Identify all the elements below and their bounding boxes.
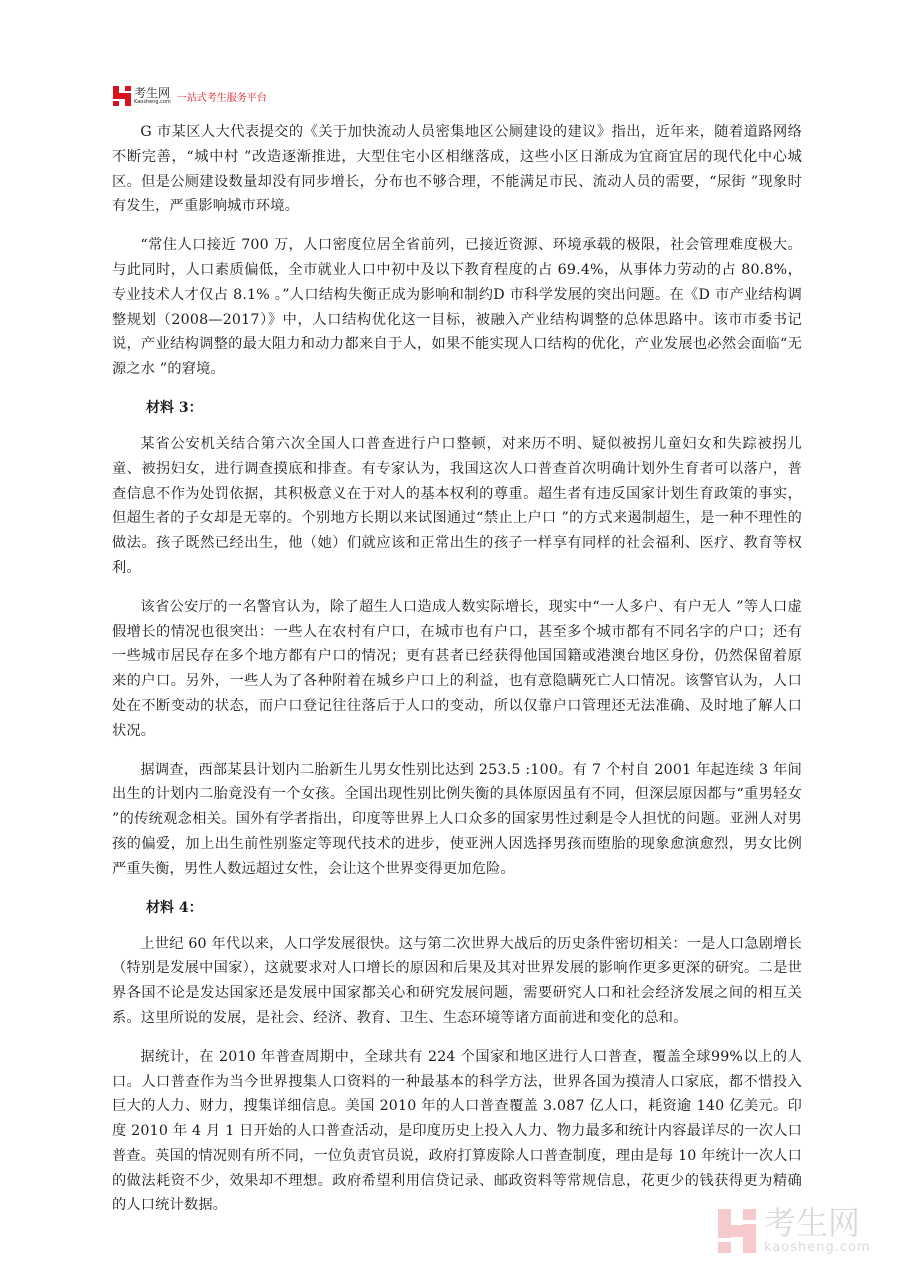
logo-en: Kaosheng.com — [134, 100, 171, 105]
paragraph: 该省公安厅的一名警官认为，除了超生人口造成人数实际增长，现实中“一人多户、有户无… — [112, 595, 802, 744]
paragraph: “常住人口接近 700 万，人口密度位居全省前列，已接近资源、环境承载的极限，社… — [112, 233, 802, 382]
section-title-material-4: 材料 4： — [112, 896, 802, 920]
watermark-text: 考生网 kaosheng.com — [764, 1207, 871, 1254]
watermark-cn: 考生网 — [764, 1207, 871, 1239]
section-title-material-3: 材料 3： — [112, 396, 802, 420]
paragraph: 上世纪 60 年代以来，人口学发展很快。这与第二次世界大战后的历史条件密切相关：… — [112, 932, 802, 1031]
page-header: 考生网 Kaosheng.com 一站式考生服务平台 — [113, 85, 267, 107]
paragraph: 某省公安机关结合第六次全国人口普查进行户口整顿，对来历不明、疑似被拐儿童妇女和失… — [112, 432, 802, 581]
paragraph: G 市某区人大代表提交的《关于加快流动人员密集地区公厕建设的建议》指出，近年来，… — [112, 120, 802, 219]
paragraph: 据统计，在 2010 年普查周期中，全球共有 224 个国家和地区进行人口普查，… — [112, 1045, 802, 1219]
watermark-logo: 考生网 kaosheng.com — [718, 1207, 871, 1254]
kaosheng-logo-icon — [113, 86, 131, 106]
watermark-en: kaosheng.com — [764, 1241, 871, 1254]
document-body: G 市某区人大代表提交的《关于加快流动人员密集地区公厕建设的建议》指出，近年来，… — [112, 120, 802, 1232]
logo-text: 考生网 Kaosheng.com — [134, 87, 171, 105]
paragraph: 据调查，西部某县计划内二胎新生儿男女性别比达到 253.5 :100。有 7 个… — [112, 758, 802, 882]
kaosheng-watermark-icon — [718, 1209, 756, 1253]
logo-cn: 考生网 — [134, 87, 171, 99]
header-slogan: 一站式考生服务平台 — [177, 89, 267, 104]
